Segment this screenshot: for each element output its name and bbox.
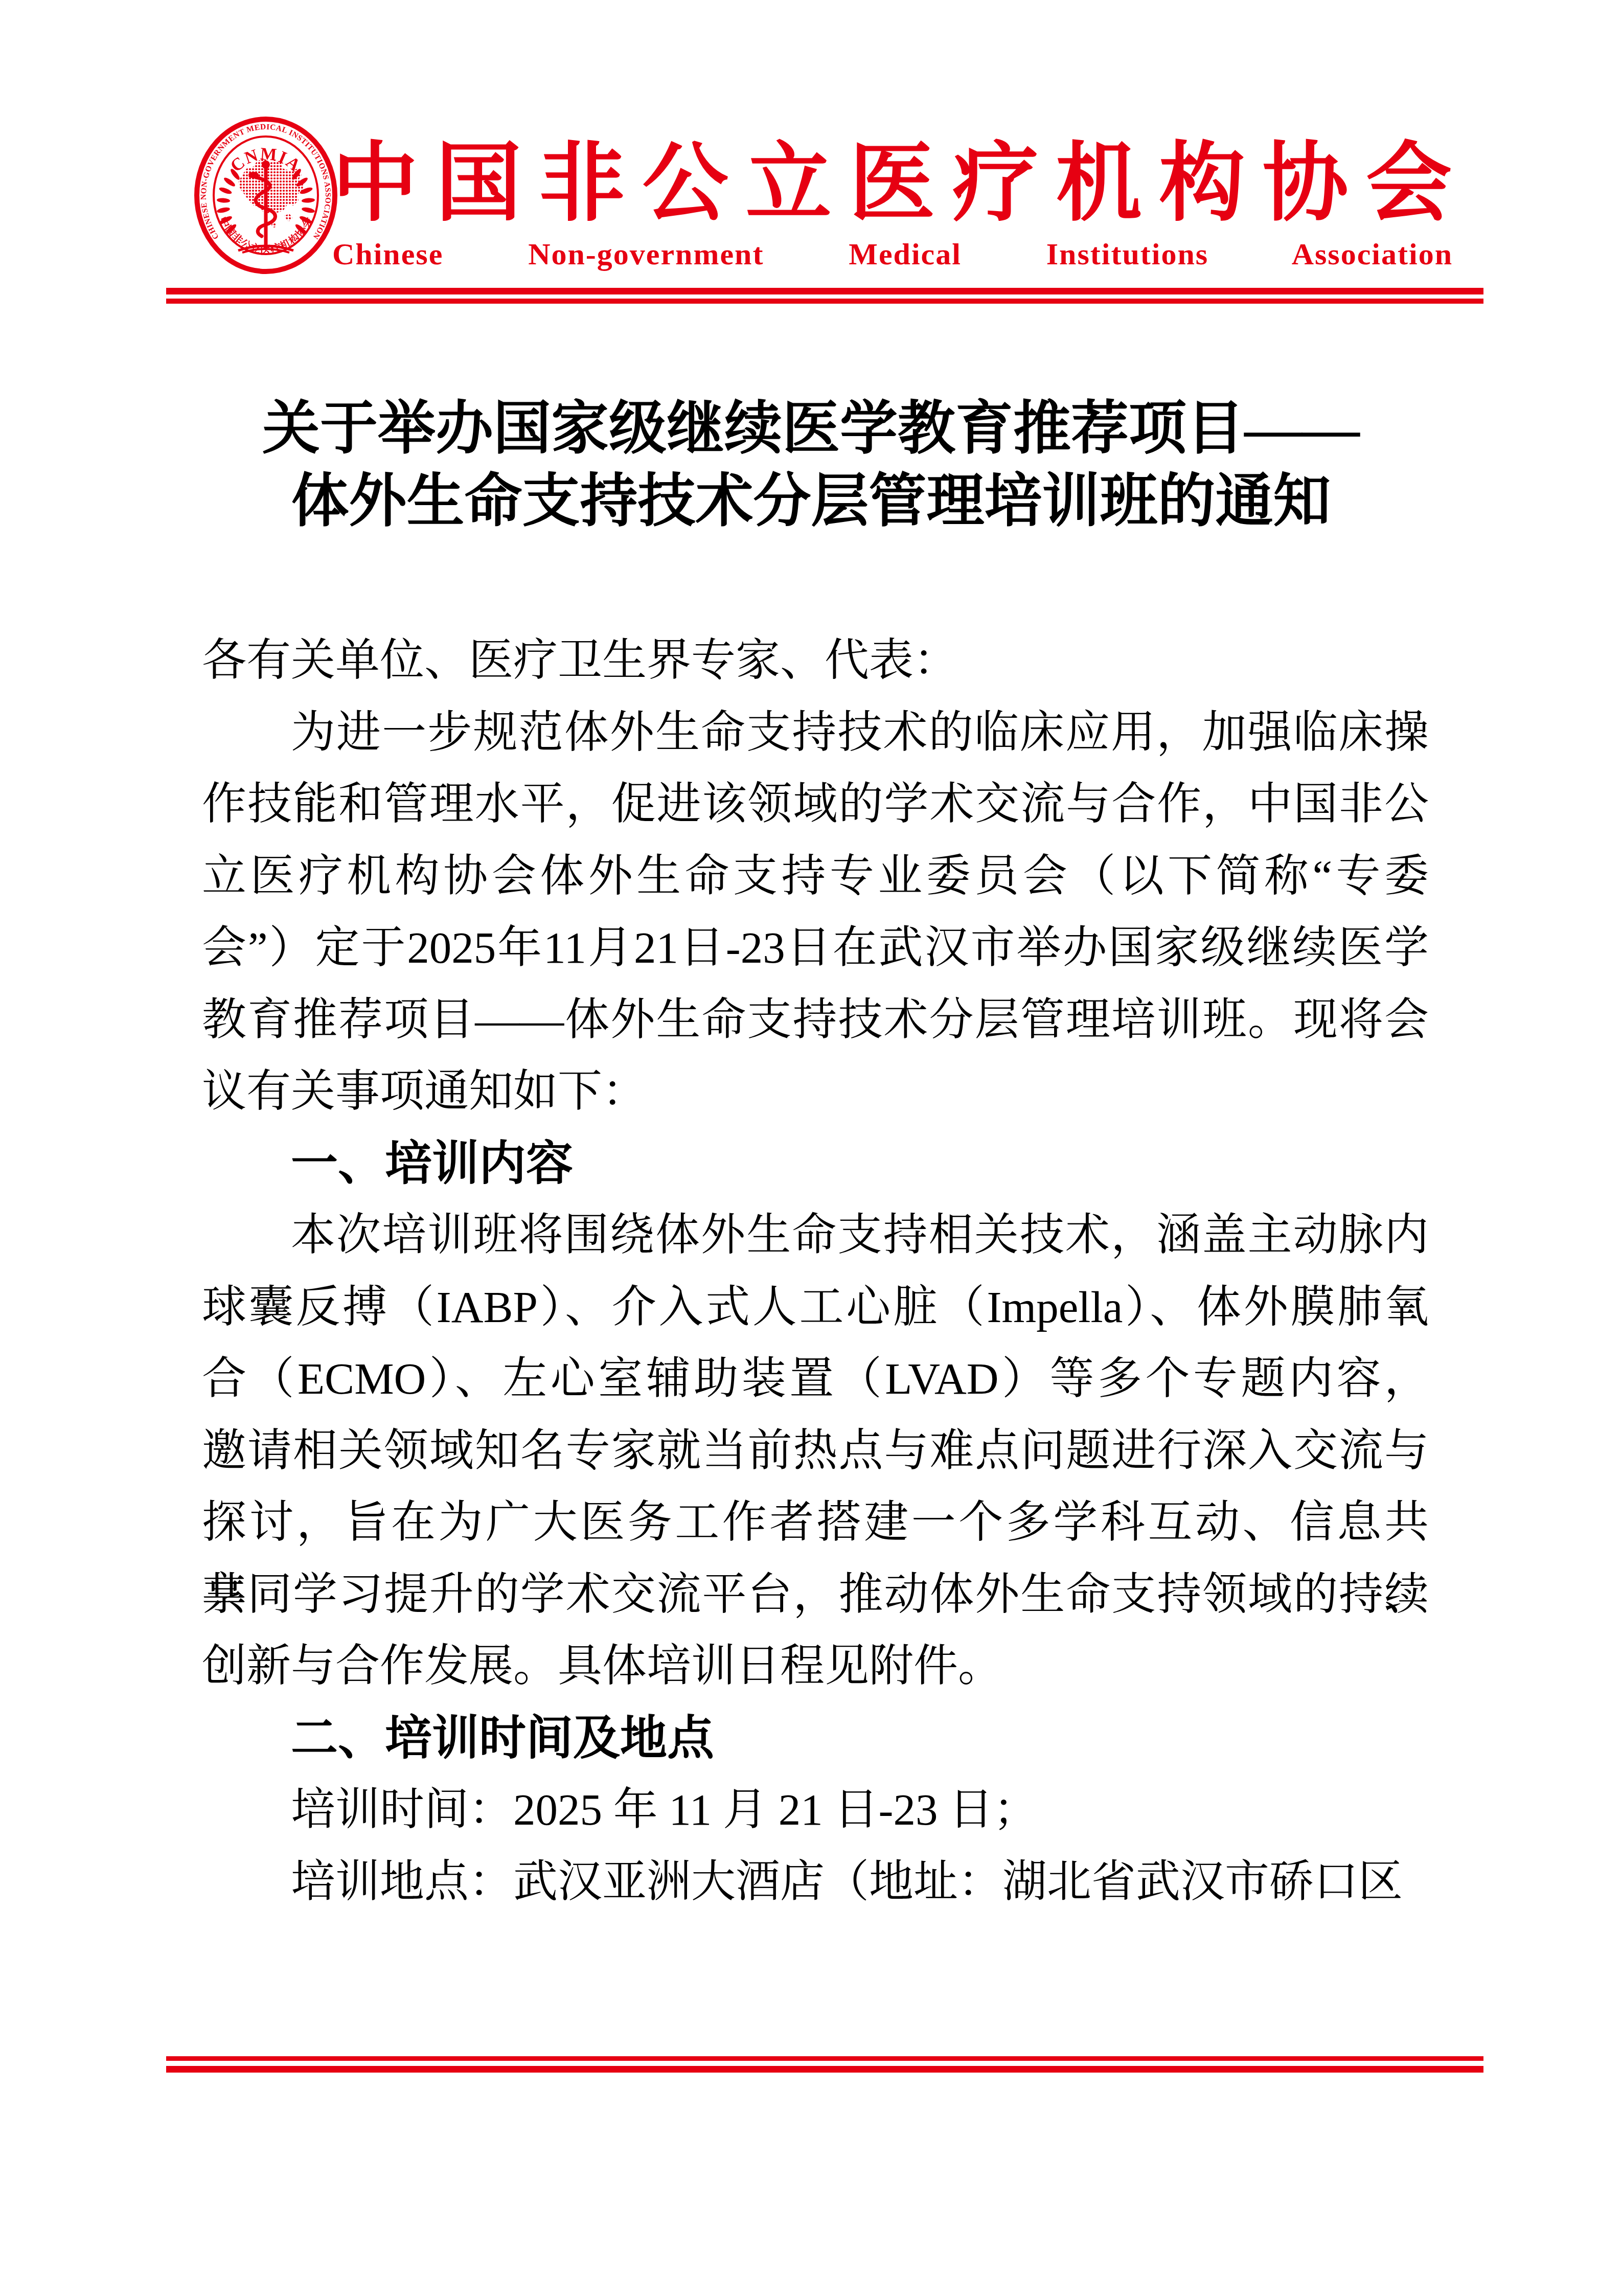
body-line: 作技能和管理水平，促进该领域的学术交流与合作，中国非公 (202, 768, 1429, 840)
body-line: 共同学习提升的学术交流平台，推动体外生命支持领域的持续 (202, 1559, 1429, 1631)
section-heading-1: 一、培训内容 (202, 1128, 1429, 1200)
notice-document-page: CHINESE NON-GOVERNMENT MEDICAL INSTITUTI… (0, 0, 1622, 2296)
notice-body: 各有关单位、医疗卫生界专家、代表： 为进一步规范体外生命支持技术的临床应用，加强… (202, 625, 1429, 1918)
training-venue-line: 培训地点：武汉亚洲大酒店（地址：湖北省武汉市硚口区 (202, 1846, 1429, 1918)
body-line: 球囊反搏（IABP）、介入式人工心脏（Impella）、体外膜肺氧 (202, 1271, 1429, 1344)
body-line: 议有关事项通知如下： (202, 1056, 1429, 1128)
org-name-chinese: 中国非公立医疗机构协会 (332, 132, 1453, 237)
section-heading-2: 二、培训时间及地点 (202, 1702, 1429, 1775)
salutation-line: 各有关单位、医疗卫生界专家、代表： (202, 625, 1429, 697)
footer-rule-thin (166, 2056, 1483, 2061)
org-name-english: Chinese Non-government Medical Instituti… (332, 235, 1453, 273)
body-line: 教育推荐项目——体外生命支持技术分层管理培训班。现将会 (202, 984, 1429, 1056)
body-line: 为进一步规范体外生命支持技术的临床应用，加强临床操 (202, 697, 1429, 769)
footer-rule-thick (166, 2066, 1483, 2073)
body-line: 会”）定于2025年11月21日-23日在武汉市举办国家级继续医学 (202, 912, 1429, 984)
body-line: 立医疗机构协会体外生命支持专业委员会（以下简称“专委 (202, 840, 1429, 913)
training-time-line: 培训时间：2025 年 11 月 21 日-23 日； (202, 1774, 1429, 1846)
header-rule-thick (166, 288, 1483, 294)
association-seal-icon: CHINESE NON-GOVERNMENT MEDICAL INSTITUTI… (193, 116, 338, 275)
body-line: 探讨，旨在为广大医务工作者搭建一个多学科互动、信息共享、 (202, 1487, 1429, 1559)
body-line: 创新与合作发展。具体培训日程见附件。 (202, 1630, 1429, 1702)
document-title: 关于举办国家级继续医学教育推荐项目—— 体外生命支持技术分层管理培训班的通知 (0, 393, 1622, 538)
body-line: 邀请相关领域知名专家就当前热点与难点问题进行深入交流与 (202, 1415, 1429, 1487)
document-title-line1: 关于举办国家级继续医学教育推荐项目—— (0, 393, 1622, 465)
header-rule-thin (166, 299, 1483, 304)
body-line: 合（ECMO）、左心室辅助装置（LVAD）等多个专题内容， (202, 1343, 1429, 1415)
body-line: 本次培训班将围绕体外生命支持相关技术，涵盖主动脉内 (202, 1199, 1429, 1271)
document-title-line2: 体外生命支持技术分层管理培训班的通知 (0, 465, 1622, 538)
